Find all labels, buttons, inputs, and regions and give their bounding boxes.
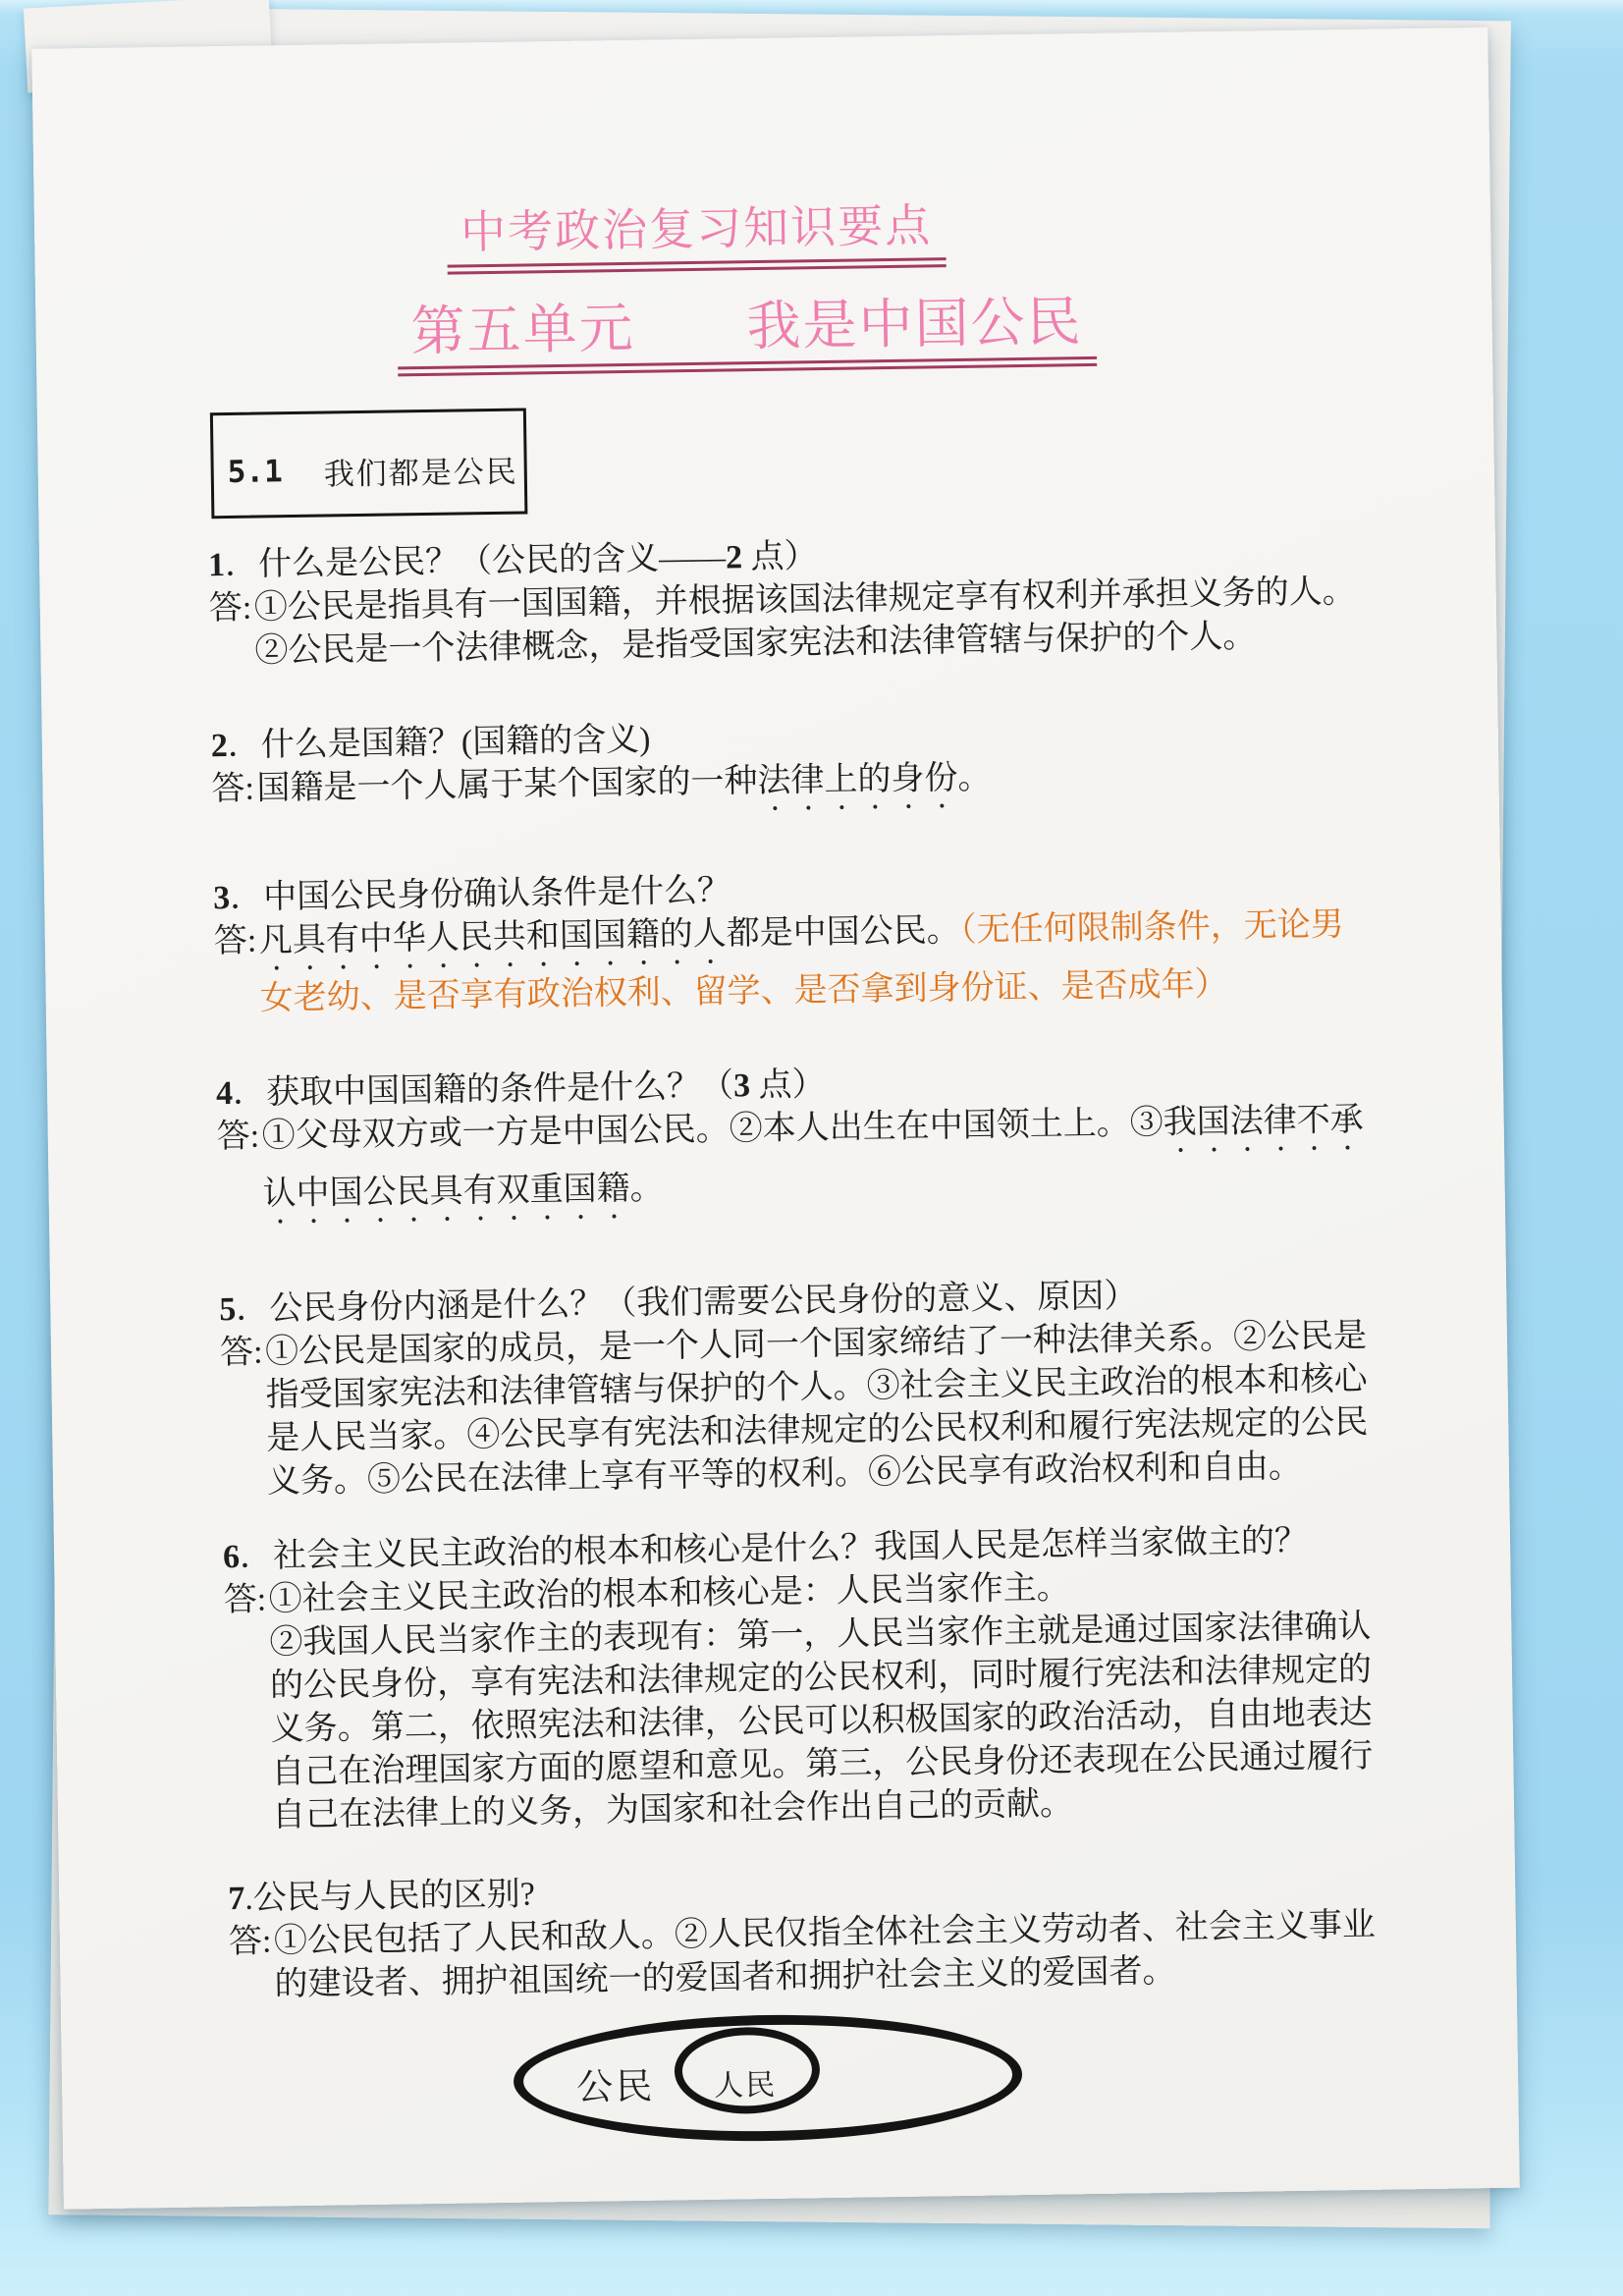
- answer-label: 答:: [214, 920, 260, 964]
- subtitle-row: 第五单元 我是中国公民: [397, 291, 1399, 377]
- answer-text-7: ①公民包括了人民和敌人。②人民仅指全体社会主义劳动者、社会主义事业的建设者、拥护…: [274, 1903, 1424, 2006]
- answer-label: 答:: [216, 1116, 262, 1160]
- page-content: 中考政治复习知识要点 第五单元 我是中国公民 5.1 我们都是公民 1．什么是公…: [31, 27, 1519, 2210]
- document-page: 中考政治复习知识要点 第五单元 我是中国公民 5.1 我们都是公民 1．什么是公…: [31, 27, 1519, 2210]
- venn-diagram: 公民 人民: [230, 2005, 1426, 2155]
- answer-label: 答:: [211, 768, 257, 812]
- answer-text-5: ①公民是国家的成员，是一个人同一个国家缔结了一种法律关系。②公民是指受国家宪法和…: [265, 1314, 1416, 1503]
- document-subtitle: 第五单元 我是中国公民: [397, 295, 1097, 377]
- qa-item-6: 6．社会主义民主政治的根本和核心是什么？我国人民是怎样当家做主的？ 答: ①社会…: [223, 1518, 1421, 1838]
- answer-label: 答:: [208, 587, 254, 631]
- answer-text-4: ①父母双方或一方是中国公民。②本人出生在中国领土上。③我国法律不承认中国公民具有…: [261, 1098, 1412, 1230]
- qa-item-5: 5．公民身份内涵是什么？（我们需要公民身份的意义、原因） 答: ①公民是国家的成…: [219, 1271, 1416, 1504]
- qa-item-4: 4．获取中国国籍的条件是什么？（3 点） 答: ①父母双方或一方是中国公民。②本…: [216, 1056, 1412, 1232]
- answer-label: 答:: [229, 1921, 275, 1965]
- answer-text-3: 凡具有中华人民共和国国籍的人都是中国公民。（无任何限制条件，无论男女老幼、是否享…: [259, 903, 1409, 1021]
- document-header: 中考政治复习知识要点 第五单元 我是中国公民: [203, 195, 1399, 379]
- section-heading-box: 5.1 我们都是公民: [210, 409, 528, 519]
- answer-label: 答:: [223, 1579, 269, 1623]
- answer-label: 答:: [220, 1332, 266, 1376]
- qa-item-3: 3．中国公民身份确认条件是什么？ 答: 凡具有中华人民共和国国籍的人都是中国公民…: [213, 860, 1409, 1022]
- answer-text-6: ①社会主义民主政治的根本和核心是：人民当家作主。②我国人民当家作主的表现有：第一…: [268, 1561, 1421, 1837]
- title-row: 中考政治复习知识要点: [447, 195, 1398, 275]
- section-number: 5.1: [227, 454, 283, 490]
- answer-4: 答: ①父母双方或一方是中国公民。②本人出生在中国领土上。③我国法律不承认中国公…: [216, 1098, 1412, 1231]
- answer-7: 答: ①公民包括了人民和敌人。②人民仅指全体社会主义劳动者、社会主义事业的建设者…: [229, 1903, 1424, 2007]
- document-title: 中考政治复习知识要点: [447, 202, 947, 275]
- qa-item-7: 7.公民与人民的区别? 答: ①公民包括了人民和敌人。②人民仅指全体社会主义劳动…: [228, 1860, 1424, 2007]
- answer-3: 答: 凡具有中华人民共和国国籍的人都是中国公民。（无任何限制条件，无论男女老幼、…: [214, 903, 1409, 1022]
- answer-text-1: ①公民是指具有一国国籍，并根据该国法律规定享有权利并承担义务的人。②公民是一个法…: [253, 571, 1403, 674]
- answer-1: 答: ①公民是指具有一国国籍，并根据该国法律规定享有权利并承担义务的人。②公民是…: [208, 571, 1403, 675]
- answer-6: 答: ①社会主义民主政治的根本和核心是：人民当家作主。②我国人民当家作主的表现有…: [223, 1561, 1421, 1838]
- section-title: 我们都是公民: [323, 446, 518, 493]
- qa-item-2: 2．什么是国籍？(国籍的含义) 答: 国籍是一个人属于某个国家的一种法律上的身份…: [211, 708, 1406, 827]
- venn-outer-label: 公民: [576, 2056, 656, 2110]
- venn-inner-label: 人民: [714, 2060, 778, 2105]
- photo-background: 中考政治复习知识要点 第五单元 我是中国公民 5.1 我们都是公民 1．什么是公…: [0, 0, 1623, 2296]
- answer-5: 答: ①公民是国家的成员，是一个人同一个国家缔结了一种法律关系。②公民是指受国家…: [220, 1314, 1416, 1504]
- qa-item-1: 1．什么是公民？（公民的含义——2 点） 答: ①公民是指具有一国国籍，并根据该…: [208, 527, 1404, 675]
